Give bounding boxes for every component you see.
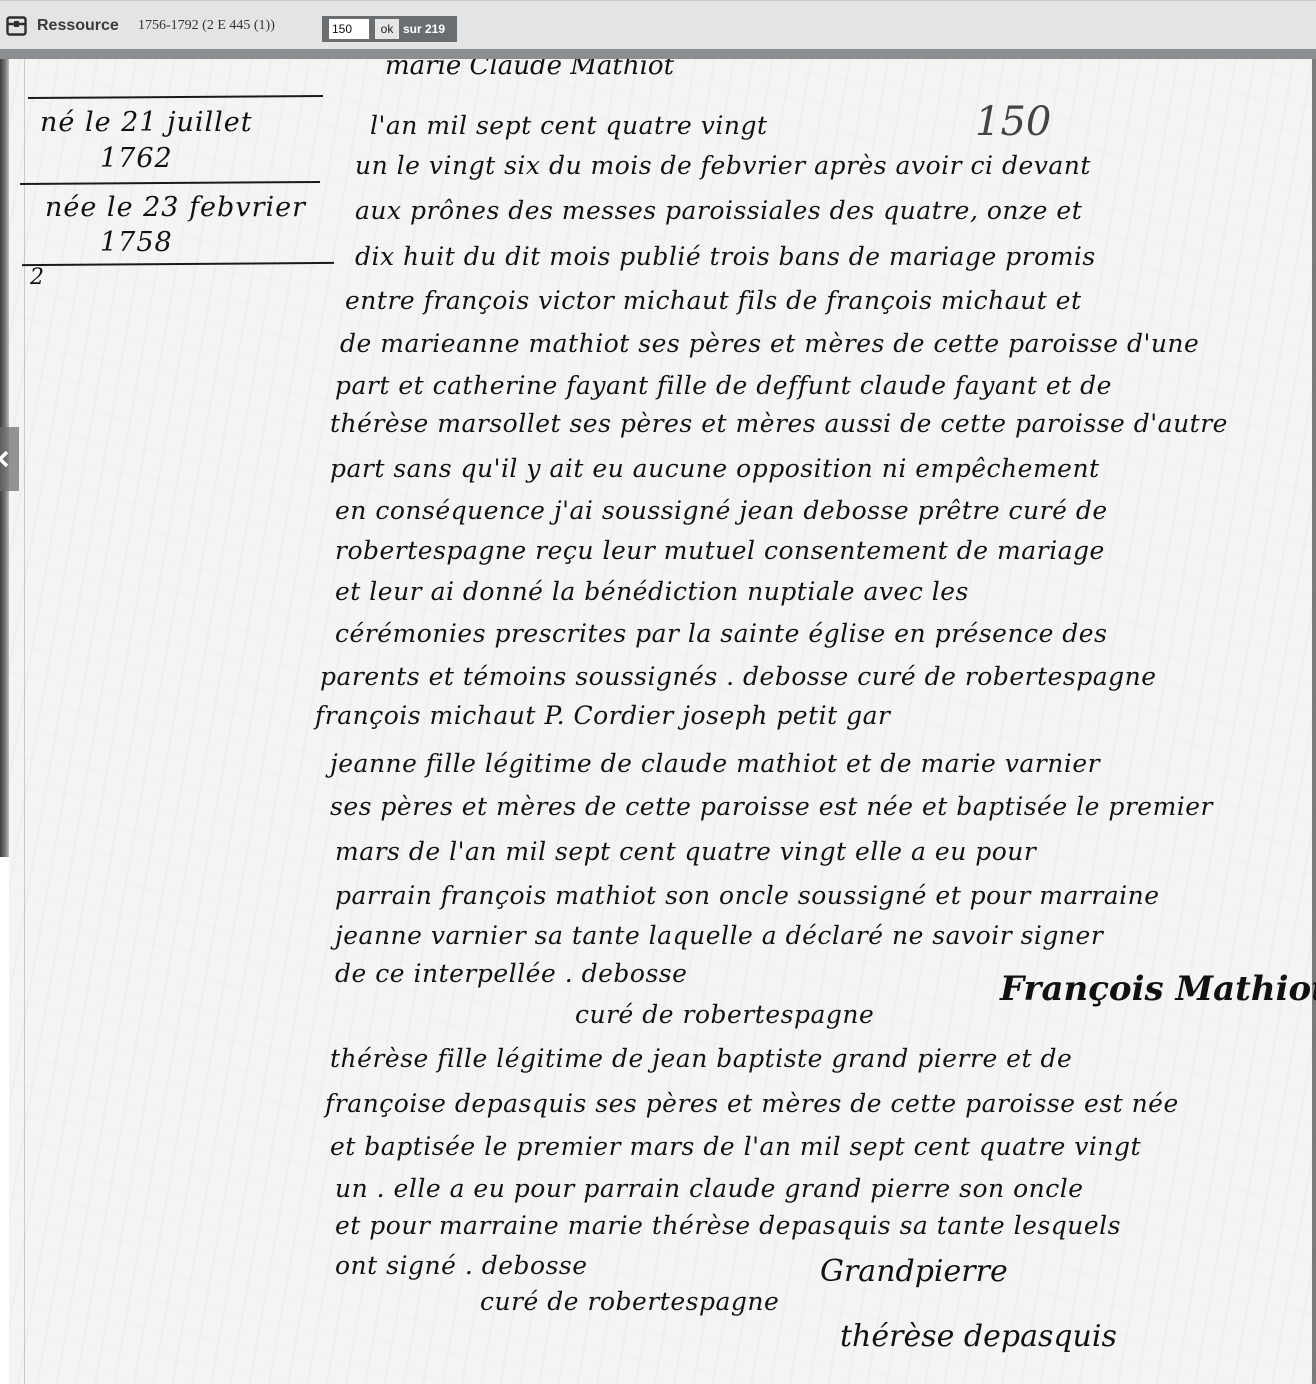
manuscript-line: thérèse fille légitime de jean baptiste … <box>330 1044 1072 1073</box>
margin-note-birth-year: 1762 <box>100 143 173 174</box>
manuscript-line: ses pères et mères de cette paroisse est… <box>330 792 1213 821</box>
go-to-page-button[interactable]: ok <box>375 19 399 39</box>
manuscript-line: et pour marraine marie thérèse depasquis… <box>335 1211 1121 1240</box>
signature-francois-mathiot: François Mathiot <box>1000 969 1316 1009</box>
chevron-left-icon <box>0 450 10 468</box>
manuscript-line: de marieanne mathiot ses pères et mères … <box>340 329 1199 358</box>
manuscript-line: un le vingt six du mois de febvrier aprè… <box>355 151 1091 180</box>
manuscript-line: et leur ai donné la bénédiction nuptiale… <box>335 577 969 606</box>
manuscript-signature-line: françois michaut P. Cordier joseph petit… <box>315 701 890 730</box>
top-fragment-text: marié Claude Mathiot <box>385 59 674 81</box>
folio-number: 150 <box>975 99 1051 145</box>
manuscript-line: curé de robertespagne <box>480 1287 779 1316</box>
manuscript-line: de ce interpellée . debosse <box>335 959 687 988</box>
manuscript-line: et baptisée le premier mars de l'an mil … <box>330 1132 1141 1161</box>
page-navigator: ok sur 219 <box>322 16 457 42</box>
manuscript-line: françoise depasquis ses pères et mères d… <box>325 1089 1179 1118</box>
manuscript-line: dix huit du dit mois publié trois bans d… <box>355 242 1096 271</box>
manuscript-line: entre françois victor michaut fils de fr… <box>345 286 1082 315</box>
previous-page-button[interactable] <box>0 427 19 491</box>
manuscript-line: un . elle a eu pour parrain claude grand… <box>335 1174 1084 1203</box>
manuscript-line: part et catherine fayant fille de deffun… <box>335 371 1112 400</box>
manuscript-line: mars de l'an mil sept cent quatre vingt … <box>335 837 1036 866</box>
resource-reference: 1756-1792 (2 E 445 (1)) <box>138 18 275 34</box>
margin-note-birth: né le 21 juillet <box>40 107 253 138</box>
manuscript-line: cérémonies prescrites par la sainte égli… <box>335 619 1107 648</box>
page-right-edge <box>1312 59 1316 1384</box>
archive-box-icon <box>6 16 27 36</box>
manuscript-line: robertespagne reçu leur mutuel consentem… <box>335 536 1105 565</box>
page-number-input[interactable] <box>329 19 369 39</box>
manuscript-line: jeanne fille légitime de claude mathiot … <box>330 749 1100 778</box>
manuscript-line: parents et témoins soussignés . debosse … <box>320 662 1157 691</box>
viewer-top-border <box>0 49 1316 59</box>
manuscript-line: parrain françois mathiot son oncle souss… <box>335 881 1160 910</box>
manuscript-line: thérèse marsollet ses pères et mères aus… <box>330 409 1228 438</box>
margin-note-fragment: 2 <box>30 265 45 290</box>
manuscript-line: part sans qu'il y ait eu aucune oppositi… <box>330 454 1100 483</box>
resource-title: Ressource <box>37 17 119 35</box>
manuscript-line: ont signé . debosse <box>335 1251 588 1280</box>
signature-therese-depasquis: thérèse depasquis <box>840 1319 1117 1354</box>
manuscript-line: l'an mil sept cent quatre vingt <box>370 111 768 140</box>
signature-grandpierre: Grandpierre <box>820 1254 1008 1289</box>
manuscript-line: aux prônes des messes paroissiales des q… <box>355 196 1082 225</box>
margin-note-birth: née le 23 febvrier <box>45 192 306 223</box>
viewer-background <box>0 857 9 1384</box>
page-margin-line <box>24 59 25 1384</box>
manuscript-line: en conséquence j'ai soussigné jean debos… <box>335 496 1108 525</box>
page-total: sur 219 <box>403 22 445 36</box>
resource-header: Ressource 1756-1792 (2 E 445 (1)) ok sur… <box>0 0 1316 49</box>
manuscript-image-viewer[interactable]: marié Claude Mathiot 150 né le 21 juille… <box>0 59 1316 1384</box>
manuscript-line: curé de robertespagne <box>575 1000 874 1029</box>
manuscript-line: jeanne varnier sa tante laquelle a décla… <box>335 921 1103 950</box>
margin-note-birth-year: 1758 <box>100 227 173 258</box>
